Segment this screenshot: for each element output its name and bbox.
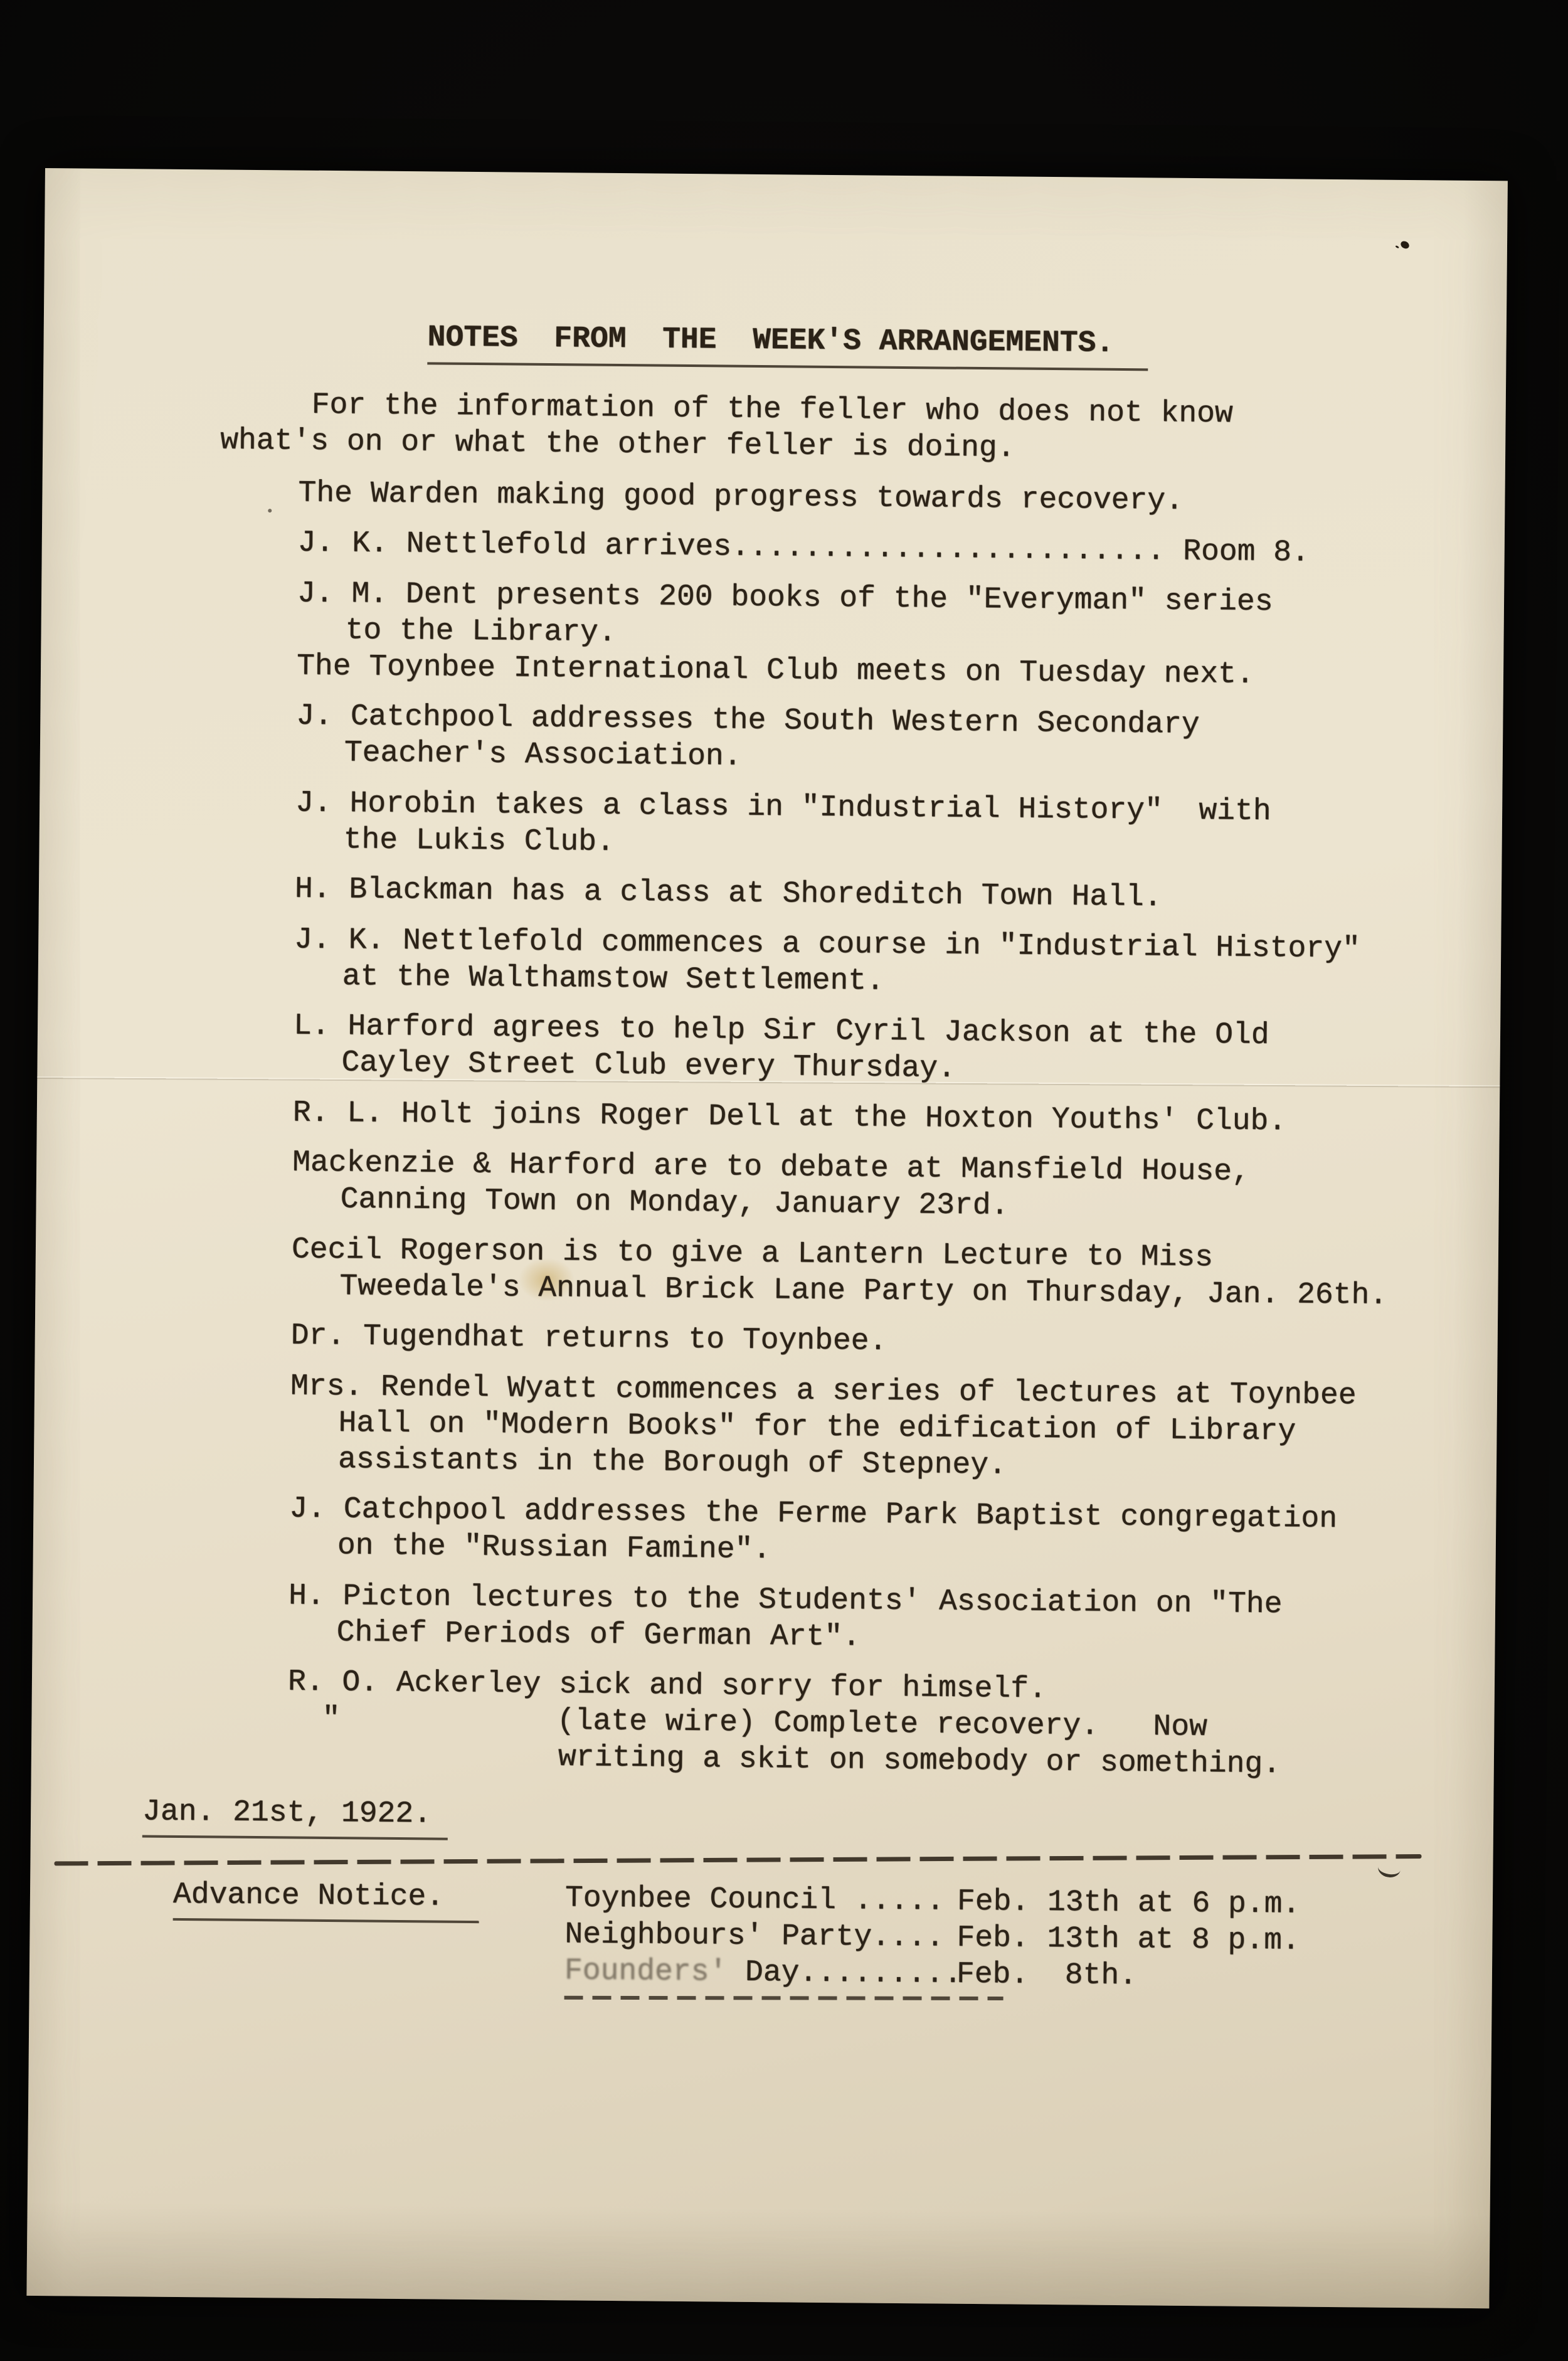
advance-notice-table: Toynbee Council ..... Feb. 13th at 6 p.m… — [564, 1880, 1301, 2004]
footer-section: Jan. 21st, 1922. Advance Notice. Toynbee… — [31, 1793, 1493, 1805]
entry-ackerley-sick: R. O. Ackerley sick and sorry for himsel… — [31, 1662, 1495, 1785]
entry-holt-hoxton: R. L. Holt joins Roger Dell at the Hoxto… — [37, 1093, 1500, 1142]
entry-tugendhat-returns: Dr. Tugendhat returns to Toynbee. — [35, 1315, 1498, 1366]
table-row: Founders' Day......... Feb. 8th. — [564, 1953, 1300, 1995]
entry-mackenzie-debate: Mackenzie & Harford are to debate at Man… — [36, 1142, 1499, 1229]
date-line: Jan. 21st, 1922. — [142, 1793, 448, 1840]
entry-picton-lecture: H. Picton lectures to the Students' Asso… — [32, 1576, 1495, 1661]
dashed-separator — [55, 1854, 1422, 1865]
text-line: J. K. Nettlefold arrives................… — [298, 525, 1505, 573]
event-label: Neighbours' Party.... — [564, 1916, 956, 1956]
entry-dent-books: J. M. Dent presents 200 books of the "Ev… — [41, 573, 1504, 695]
ink-speck — [1399, 240, 1411, 250]
text-line: Dr. Tugendhat returns to Toynbee. — [290, 1318, 1497, 1366]
entry-nettlefold-course: J. K. Nettlefold commences a course in "… — [38, 920, 1502, 1005]
intro-paragraph: For the information of the feller who do… — [43, 385, 1506, 472]
entry-wyatt-lectures: Mrs. Rendel Wyatt commences a series of … — [34, 1366, 1497, 1488]
entry-nettlefold-arrives: J. K. Nettlefold arrives................… — [42, 523, 1505, 573]
table-row: Toynbee Council ..... Feb. 13th at 6 p.m… — [565, 1880, 1301, 1923]
entry-catchpool-teachers: J. Catchpool addresses the South Western… — [40, 696, 1503, 783]
event-label-rest: Day......... — [727, 1956, 962, 1992]
event-date: Feb. 13th at 8 p.m. — [956, 1920, 1300, 1960]
photo-background: NOTES FROM THE WEEK'S ARRANGEMENTS. For … — [0, 0, 1568, 2361]
dashed-underline — [564, 1996, 1004, 2000]
smudged-word: Founders' — [564, 1954, 728, 1989]
entry-warden-recovery: The Warden making good progress towards … — [42, 473, 1505, 522]
event-date: Feb. 13th at 6 p.m. — [957, 1884, 1301, 1923]
table-row: Neighbours' Party.... Feb. 13th at 8 p.m… — [564, 1916, 1300, 1959]
entry-harford-jackson: L. Harford agrees to help Sir Cyril Jack… — [37, 1005, 1500, 1093]
entry-catchpool-baptist: J. Catchpool addresses the Ferme Park Ba… — [33, 1488, 1496, 1576]
advance-notice-heading: Advance Notice. — [173, 1877, 480, 1923]
entry-rogerson-lecture: Cecil Rogerson is to give a Lantern Lect… — [35, 1229, 1498, 1315]
text-line: The Warden making good progress towards … — [298, 475, 1505, 523]
entry-horobin-class: J. Horobin takes a class in "Industrial … — [39, 783, 1502, 868]
event-label: Toynbee Council ..... — [565, 1880, 957, 1919]
entry-blackman-class: H. Blackman has a class at Shoreditch To… — [39, 869, 1502, 920]
text-line: R. L. Holt joins Roger Dell at the Hoxto… — [293, 1095, 1500, 1142]
document-title: NOTES FROM THE WEEK'S ARRANGEMENTS. — [427, 319, 1148, 371]
event-date: Feb. 8th. — [956, 1956, 1138, 1995]
event-label: Founders' Day......... — [564, 1953, 956, 1992]
text-line: H. Blackman has a class at Shoreditch To… — [295, 871, 1502, 920]
typed-content: NOTES FROM THE WEEK'S ARRANGEMENTS. For … — [31, 316, 1507, 1784]
pen-mark — [1377, 1863, 1401, 1879]
document-page: NOTES FROM THE WEEK'S ARRANGEMENTS. For … — [26, 168, 1508, 2308]
